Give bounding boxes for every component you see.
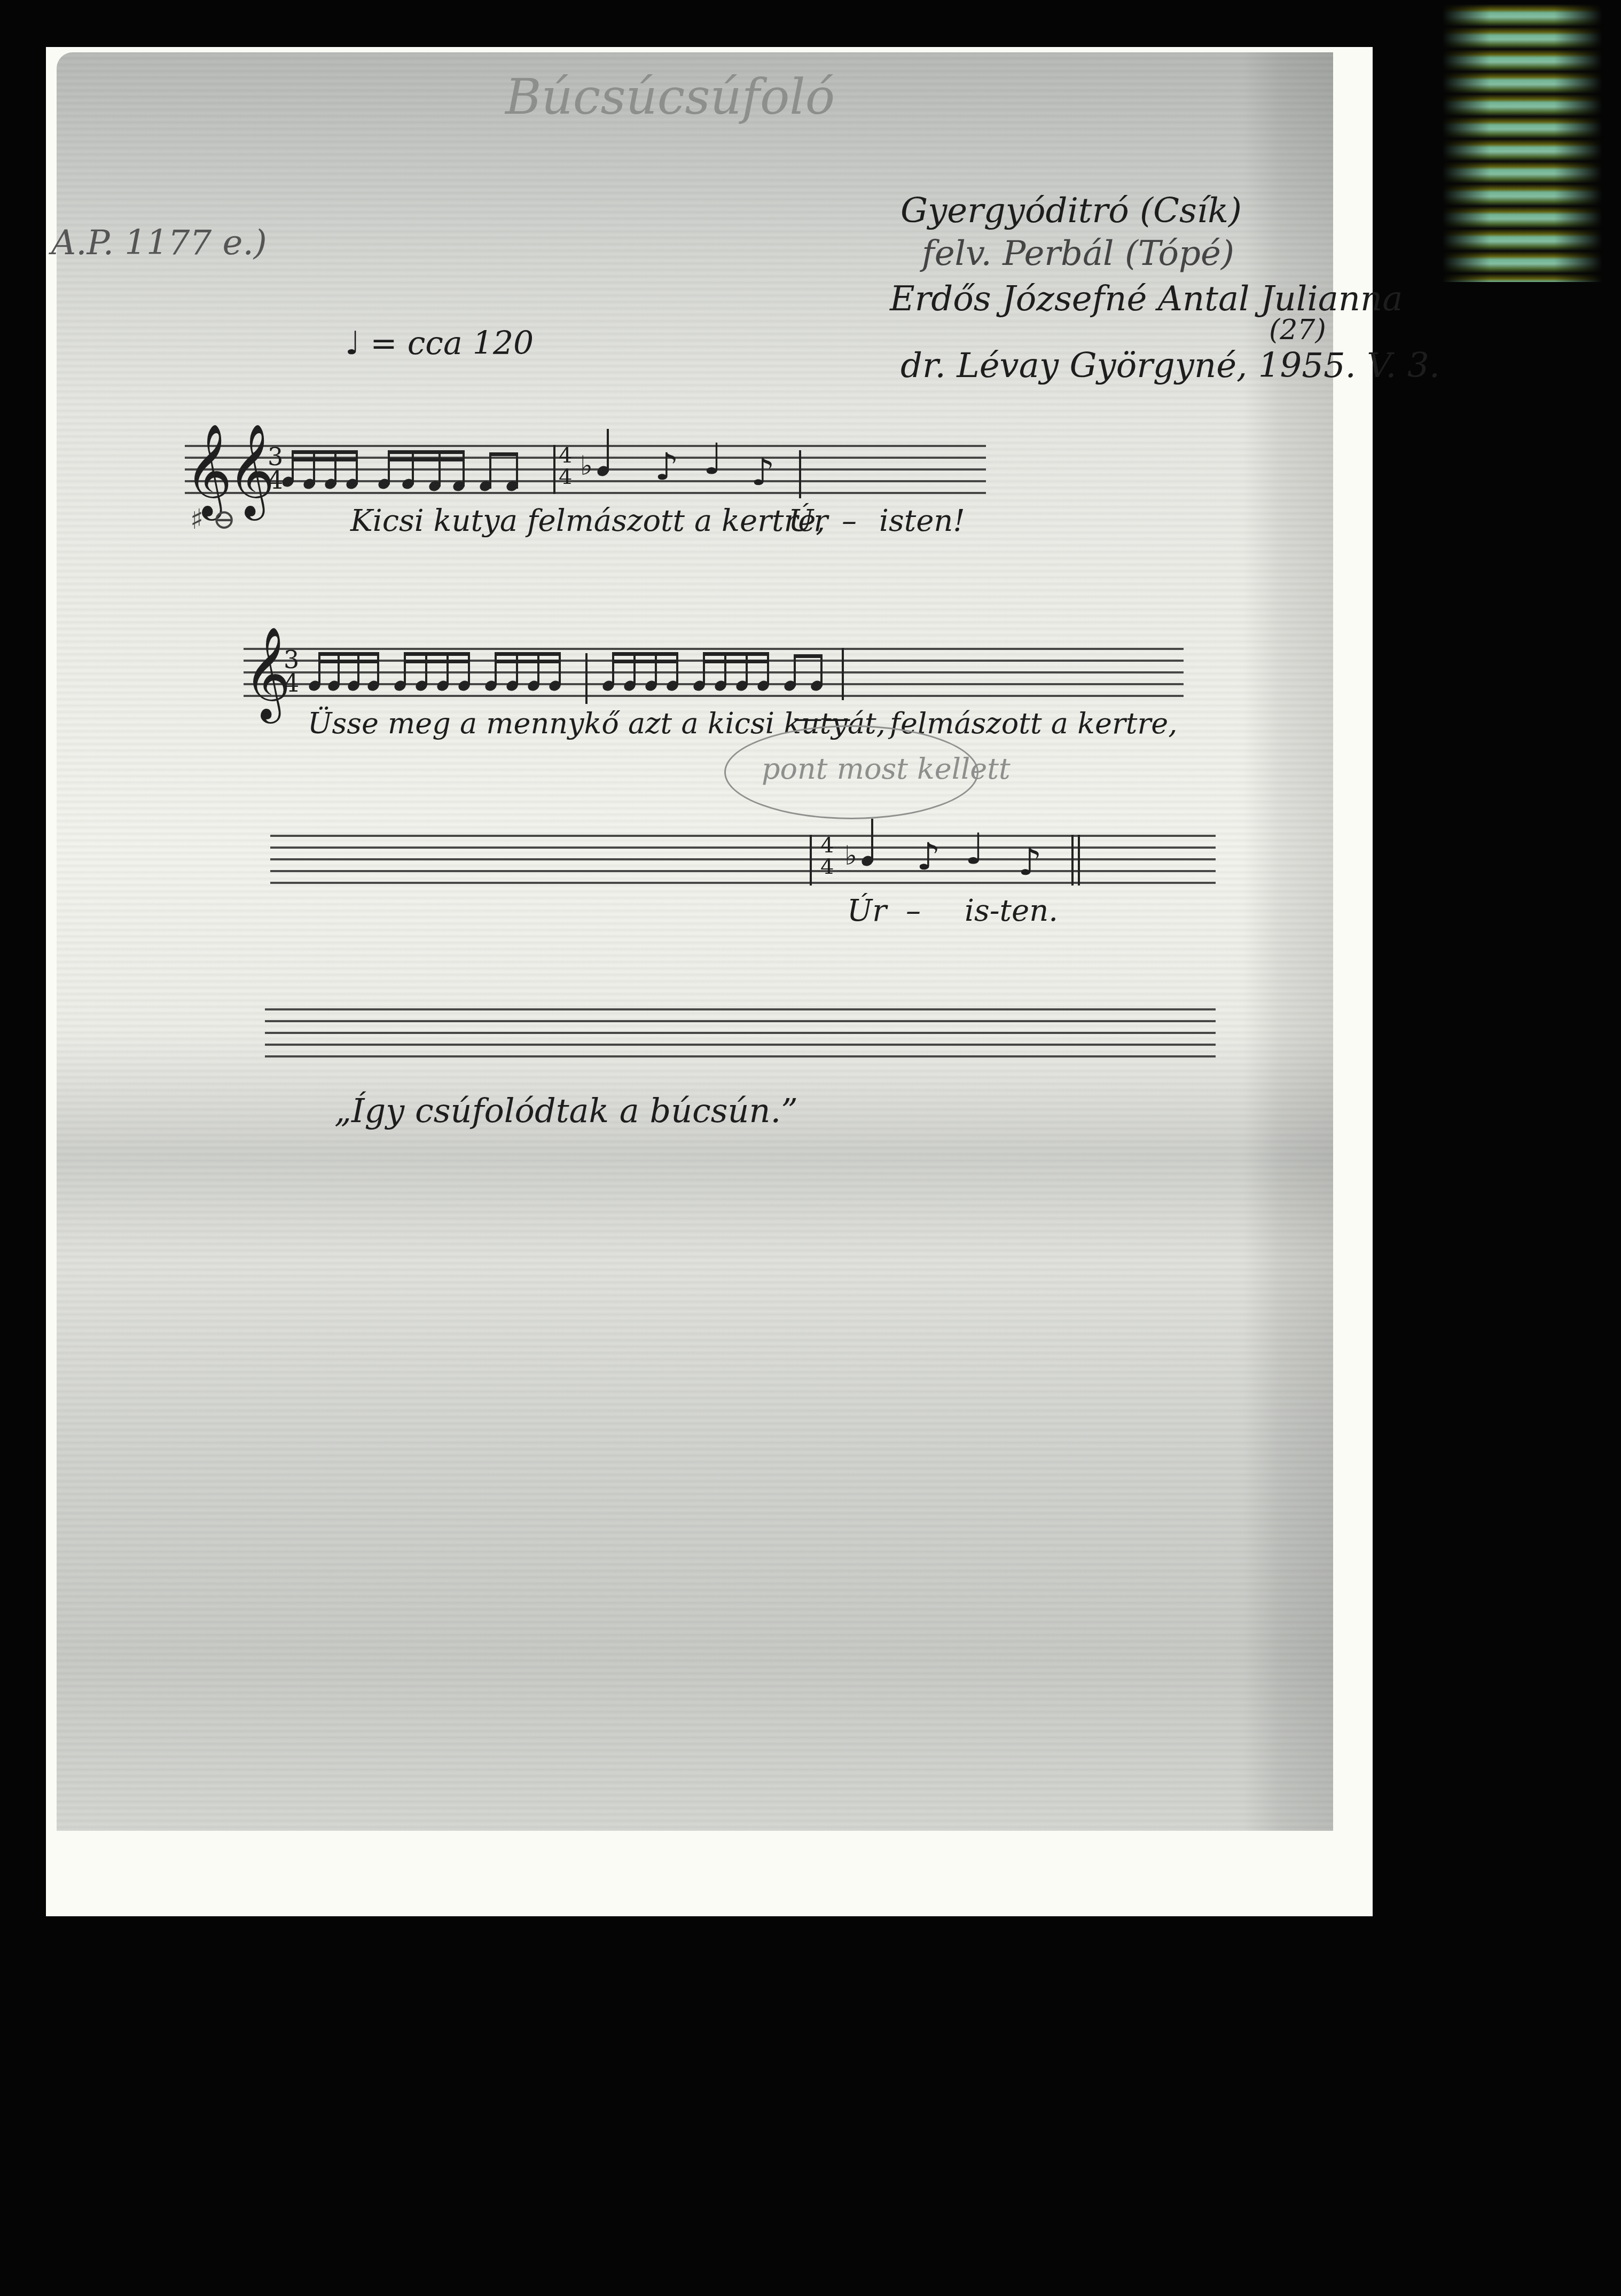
time-signature-3-4: 34 [284,648,299,695]
provenance-recorded: felv. Perbál (Tópé) [922,234,1234,273]
provenance-collector-date: dr. Lévay Györgyné, 1955. V. 3. [900,346,1440,386]
faint-title: Búcsúcsúfoló [505,68,835,126]
flat-icon: ♭ [580,450,593,481]
annotation-pont-most-kellett: pont most kellett [762,752,1011,786]
ambitus-marking: ♯ ⊖ [190,504,236,536]
lyrics-line-3-dash: – [906,894,921,928]
empty-staff [265,1008,1216,1083]
lyrics-line-1-ur: Úr [788,504,828,538]
flat-icon: ♭ [844,840,857,871]
lyrics-line-2-end: felmászott a kertre, [890,707,1177,740]
provenance-age: (27) [1269,314,1326,346]
time-signature-4-4: 44 [559,445,572,488]
manuscript-page: Búcsúcsúfoló A.P. 1177 e.) Gyergyóditró … [46,47,1373,1916]
scanner-color-strip [1442,4,1602,282]
time-signature-4-4: 44 [820,835,834,877]
staff-system-3: 44 ♭ ♪ ♩ ♪ [270,835,1216,910]
photocopy-shading [57,52,1333,1831]
lyrics-line-3-ur: Úr [847,894,887,928]
catalog-number: A.P. 1177 e.) [51,223,267,263]
tempo-marking: ♩ = cca 120 [345,325,534,362]
eighth-note-icon: ♪ [917,835,941,879]
lyrics-line-3-isten: is-ten. [965,894,1058,928]
lyrics-line-1-isten: isten! [879,504,965,538]
eighth-note-icon: ♪ [1018,840,1042,884]
lyrics-line-1: Kicsi kutya felmászott a kertre, [350,504,825,538]
quarter-note-icon: ♩ [703,434,723,484]
quarter-note-icon: ♩ [965,824,985,874]
eighth-note-icon: ♪ [655,445,679,489]
lyrics-line-1-dash: – [842,504,857,538]
time-signature-3-4: 34 [268,445,283,492]
eighth-note-icon: ♪ [751,450,775,494]
provenance-singer: Erdős Józsefné Antal Julianna [890,279,1403,319]
provenance-place: Gyergyóditró (Csík) [900,191,1242,231]
footnote-remark: „Így csúfolódtak a búcsún.” [334,1091,798,1130]
